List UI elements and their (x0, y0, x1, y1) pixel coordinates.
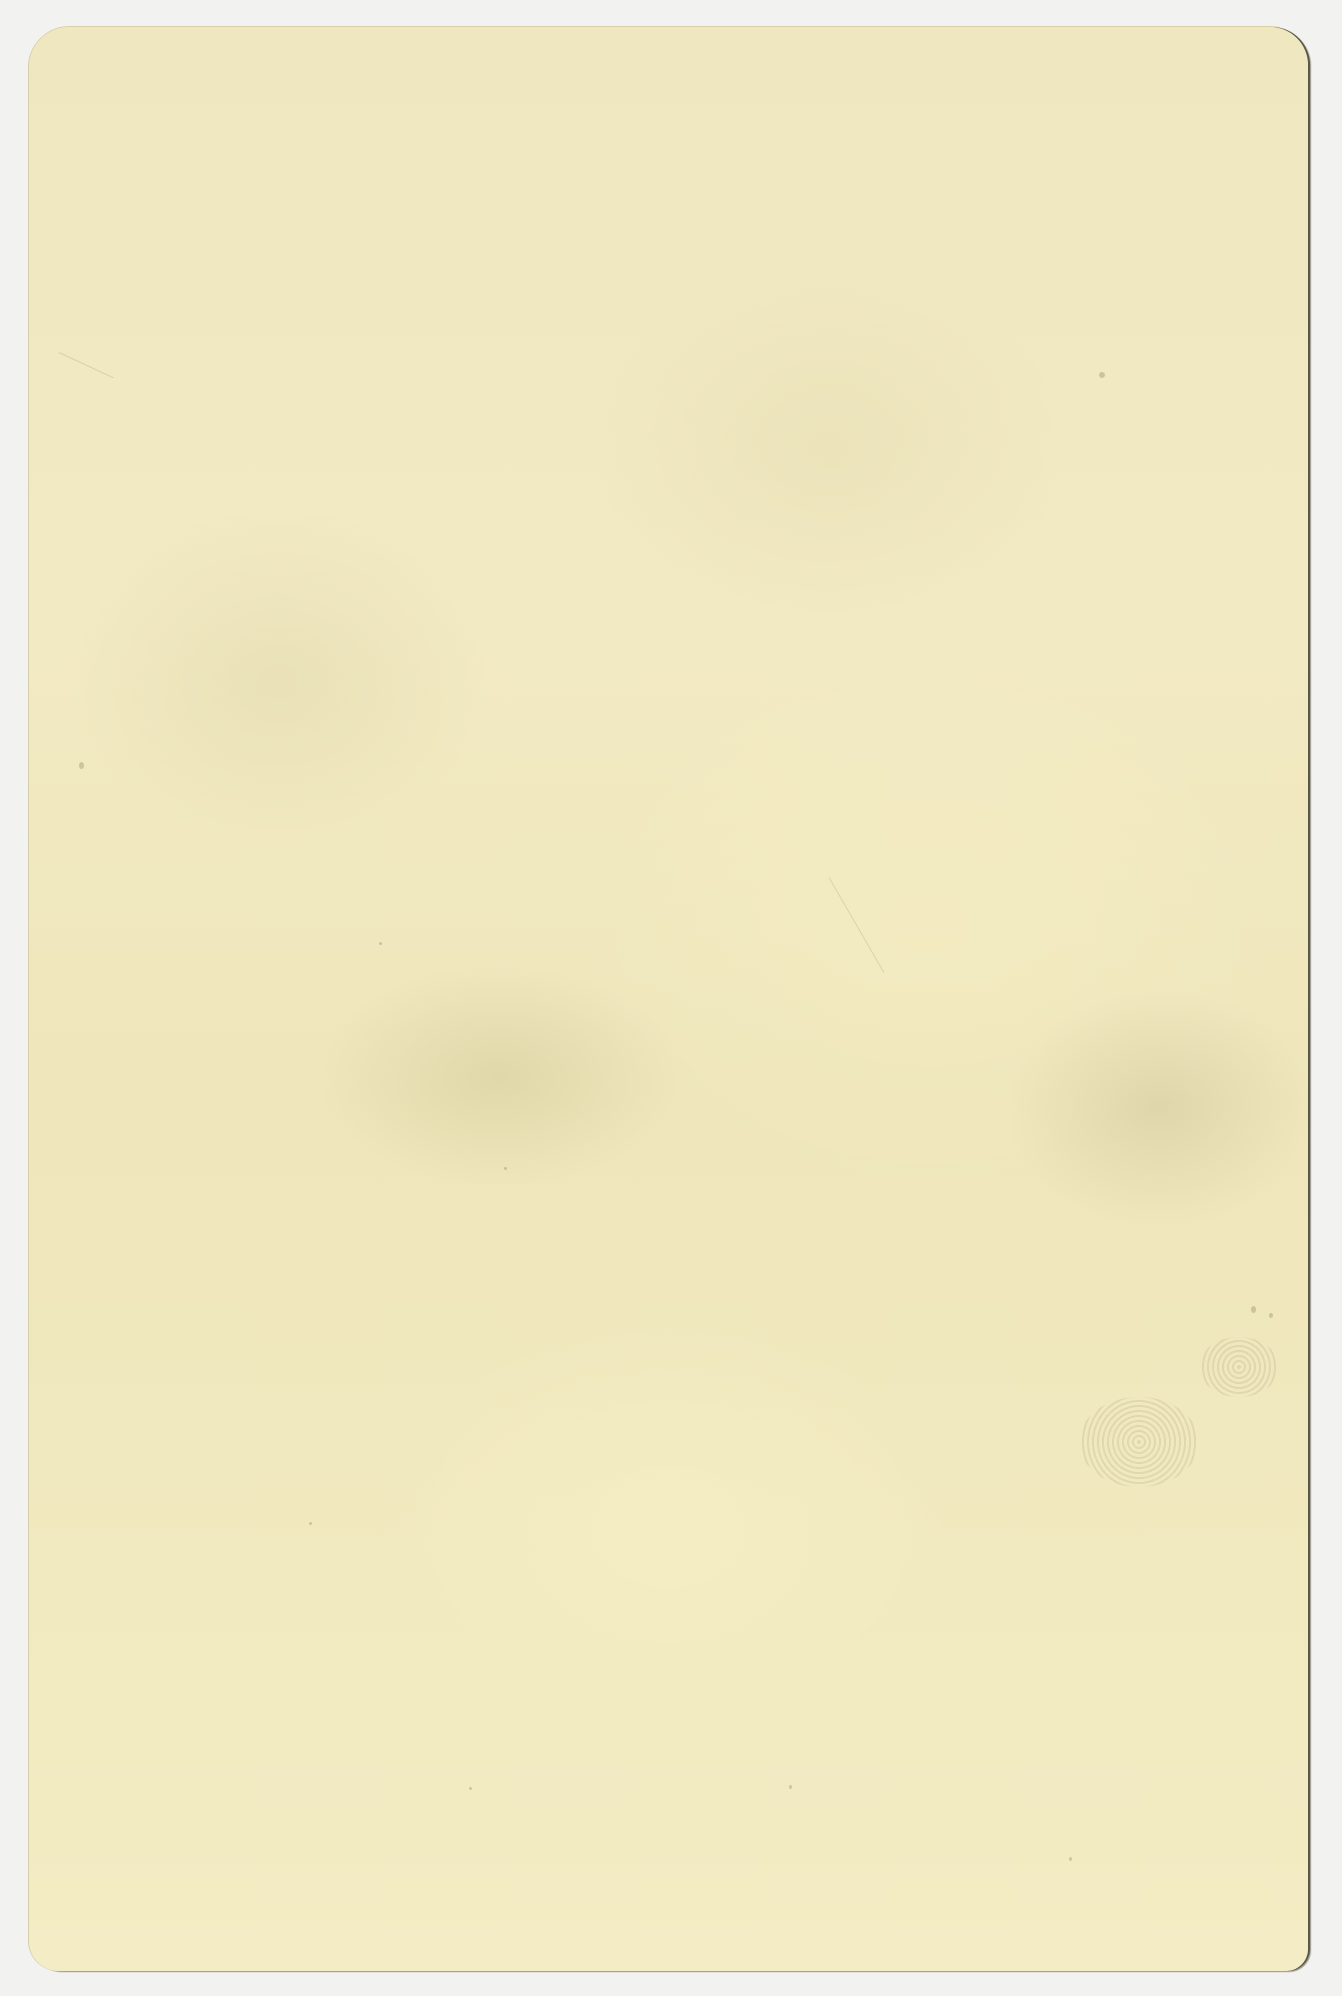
foxing-spot (469, 1787, 472, 1790)
foxing-spot (504, 1167, 507, 1170)
foxing-spot (79, 762, 84, 769)
paper-crease (829, 877, 885, 973)
scan-background (0, 0, 1342, 1996)
cabinet-card-back (29, 27, 1308, 1971)
paper-crease (59, 352, 114, 378)
foxing-spot (309, 1522, 312, 1525)
foxing-spot (379, 942, 382, 945)
foxing-spot (1269, 1313, 1273, 1318)
foxing-spot (1251, 1306, 1256, 1313)
foxing-spot (1099, 372, 1105, 378)
fingerprint-smudge (1079, 1397, 1199, 1487)
foxing-spot (1069, 1857, 1072, 1861)
foxing-spot (789, 1785, 792, 1789)
fingerprint-smudge (1199, 1337, 1279, 1397)
